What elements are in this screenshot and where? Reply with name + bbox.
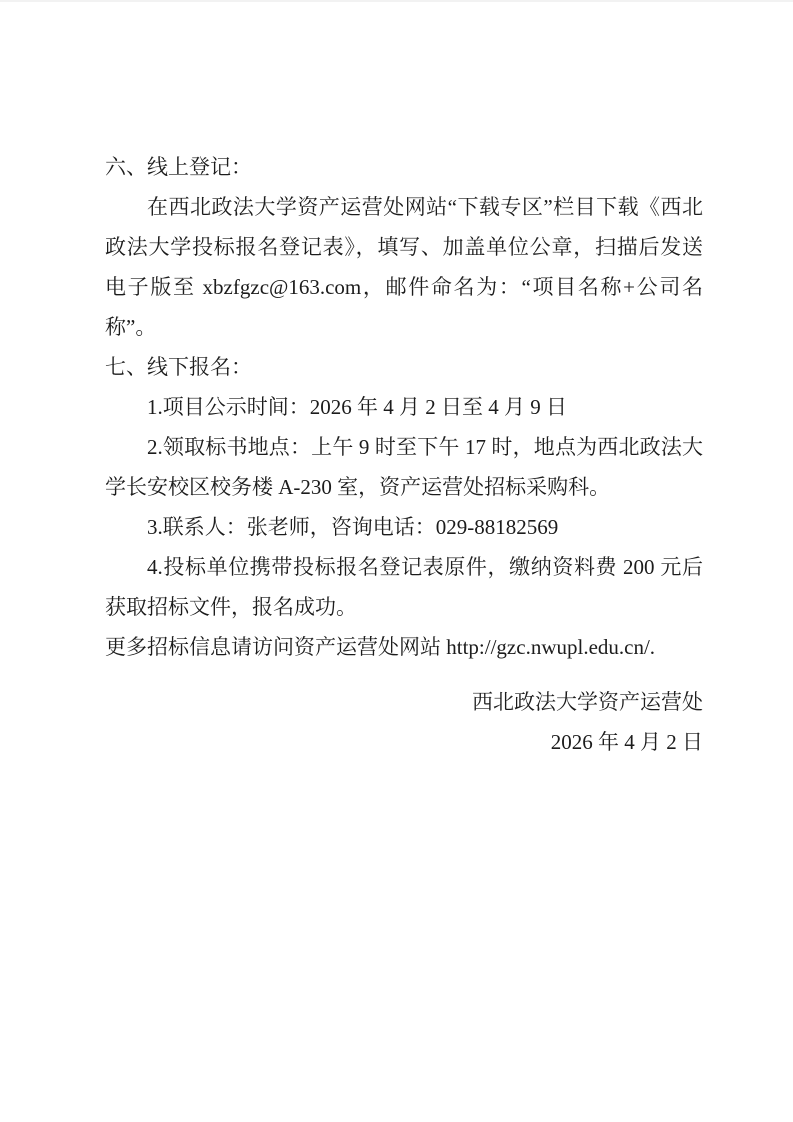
paragraph-more-info-website: 更多招标信息请访问资产运营处网站 http://gzc.nwupl.edu.cn… <box>105 627 703 667</box>
heading-offline-signup: 七、线下报名： <box>105 347 703 387</box>
heading-online-registration: 六、线上登记： <box>105 147 703 187</box>
paragraph-online-registration-details: 在西北政法大学资产运营处网站“下载专区”栏目下载《西北政法大学投标报名登记表》，… <box>105 187 703 347</box>
signature-block: 西北政法大学资产运营处 2026 年 4 月 2 日 <box>105 682 703 762</box>
paragraph-publicity-period: 1.项目公示时间：2026 年 4 月 2 日至 4 月 9 日 <box>105 387 703 427</box>
notice-page: 六、线上登记： 在西北政法大学资产运营处网站“下载专区”栏目下载《西北政法大学投… <box>0 0 793 1122</box>
signature-organization: 西北政法大学资产运营处 <box>105 682 703 722</box>
paragraph-bid-document-pickup: 2.领取标书地点：上午 9 时至下午 17 时，地点为西北政法大学长安校区校务楼… <box>105 427 703 507</box>
paragraph-contact-info: 3.联系人：张老师，咨询电话：029-88182569 <box>105 507 703 547</box>
paragraph-registration-fee: 4.投标单位携带投标报名登记表原件，缴纳资料费 200 元后获取招标文件，报名成… <box>105 547 703 627</box>
notice-body: 六、线上登记： 在西北政法大学资产运营处网站“下载专区”栏目下载《西北政法大学投… <box>105 147 703 762</box>
signature-date: 2026 年 4 月 2 日 <box>105 722 703 762</box>
